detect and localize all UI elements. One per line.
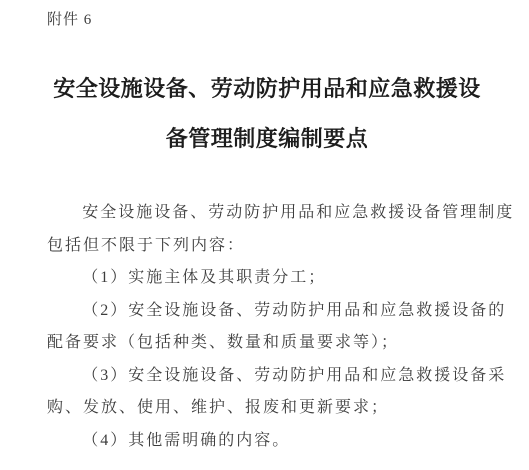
- body-line-item-3: （3）安全设施设备、劳动防护用品和应急救援设备采: [47, 360, 487, 393]
- attachment-label: 附件 6: [47, 10, 487, 30]
- body-line-item-4: （4）其他需明确的内容。: [47, 425, 487, 458]
- body-line: 包括但不限于下列内容：: [47, 230, 487, 263]
- body-line: 配备要求（包括种类、数量和质量要求等）；: [47, 327, 487, 360]
- document-title-line-2: 备管理制度编制要点: [47, 114, 487, 164]
- body-line-item-2: （2）安全设施设备、劳动防护用品和应急救援设备的: [47, 295, 487, 328]
- body-line: 安全设施设备、劳动防护用品和应急救援设备管理制度: [47, 197, 487, 230]
- body-line-item-1: （1）实施主体及其职责分工；: [47, 262, 487, 295]
- document-page: 附件 6 安全设施设备、劳动防护用品和应急救援设 备管理制度编制要点 安全设施设…: [0, 0, 529, 470]
- document-body: 安全设施设备、劳动防护用品和应急救援设备管理制度 包括但不限于下列内容： （1）…: [47, 197, 487, 457]
- body-line: 购、发放、使用、维护、报废和更新要求；: [47, 392, 487, 425]
- document-title-line-1: 安全设施设备、劳动防护用品和应急救援设: [47, 64, 487, 114]
- document-title: 安全设施设备、劳动防护用品和应急救援设 备管理制度编制要点: [47, 64, 487, 164]
